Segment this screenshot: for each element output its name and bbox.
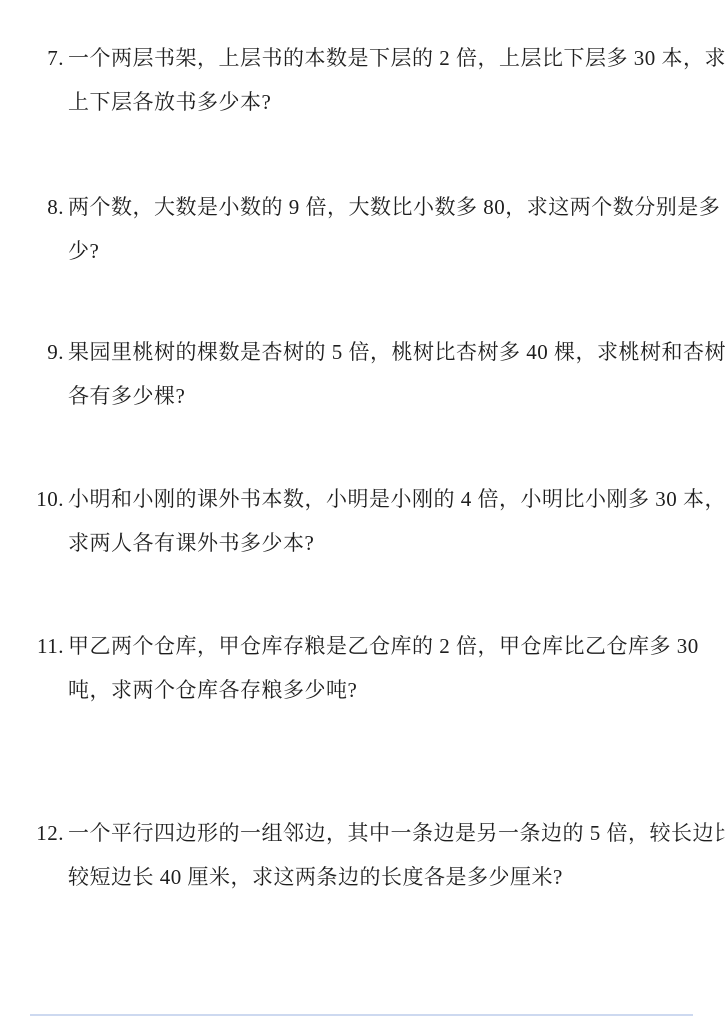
problem-10: 10. 小明和小刚的课外书本数，小明是小刚的 4 倍，小明比小刚多 30 本， … <box>36 477 696 565</box>
problem-number: 10. <box>36 477 68 565</box>
page-bottom-rule <box>30 1014 693 1016</box>
problem-line: 少? <box>68 229 696 273</box>
problem-text: 一个两层书架，上层书的本数是下层的 2 倍，上层比下层多 30 本，求 上下层各… <box>68 36 696 124</box>
problem-line: 一个平行四边形的一组邻边，其中一条边是另一条边的 5 倍，较长边比 <box>68 811 696 855</box>
problem-text: 一个平行四边形的一组邻边，其中一条边是另一条边的 5 倍，较长边比 较短边长 4… <box>68 811 696 899</box>
problem-line: 一个两层书架，上层书的本数是下层的 2 倍，上层比下层多 30 本，求 <box>68 36 696 80</box>
problem-line: 吨，求两个仓库各存粮多少吨? <box>68 668 696 712</box>
problem-line: 各有多少棵? <box>68 374 696 418</box>
problem-9: 9. 果园里桃树的棵数是杏树的 5 倍，桃树比杏树多 40 棵，求桃树和杏树 各… <box>36 330 696 418</box>
problem-line: 果园里桃树的棵数是杏树的 5 倍，桃树比杏树多 40 棵，求桃树和杏树 <box>68 330 696 374</box>
problem-line: 求两人各有课外书多少本? <box>68 521 696 565</box>
problem-line: 较短边长 40 厘米，求这两条边的长度各是多少厘米? <box>68 855 696 899</box>
worksheet-page: 7. 一个两层书架，上层书的本数是下层的 2 倍，上层比下层多 30 本，求 上… <box>0 0 725 1024</box>
problem-11: 11. 甲乙两个仓库，甲仓库存粮是乙仓库的 2 倍，甲仓库比乙仓库多 30 吨，… <box>36 624 696 712</box>
problem-line: 小明和小刚的课外书本数，小明是小刚的 4 倍，小明比小刚多 30 本， <box>68 477 696 521</box>
problem-12: 12. 一个平行四边形的一组邻边，其中一条边是另一条边的 5 倍，较长边比 较短… <box>36 811 696 899</box>
problem-number: 7. <box>36 36 68 124</box>
problem-number: 8. <box>36 185 68 273</box>
problem-7: 7. 一个两层书架，上层书的本数是下层的 2 倍，上层比下层多 30 本，求 上… <box>36 36 696 124</box>
problem-line: 上下层各放书多少本? <box>68 80 696 124</box>
problem-line: 甲乙两个仓库，甲仓库存粮是乙仓库的 2 倍，甲仓库比乙仓库多 30 <box>68 624 696 668</box>
problem-number: 9. <box>36 330 68 418</box>
problem-8: 8. 两个数，大数是小数的 9 倍，大数比小数多 80，求这两个数分别是多 少? <box>36 185 696 273</box>
problem-text: 两个数，大数是小数的 9 倍，大数比小数多 80，求这两个数分别是多 少? <box>68 185 696 273</box>
problem-number: 11. <box>36 624 68 712</box>
problem-number: 12. <box>36 811 68 899</box>
problem-line: 两个数，大数是小数的 9 倍，大数比小数多 80，求这两个数分别是多 <box>68 185 696 229</box>
problem-text: 小明和小刚的课外书本数，小明是小刚的 4 倍，小明比小刚多 30 本， 求两人各… <box>68 477 696 565</box>
problem-text: 果园里桃树的棵数是杏树的 5 倍，桃树比杏树多 40 棵，求桃树和杏树 各有多少… <box>68 330 696 418</box>
problem-text: 甲乙两个仓库，甲仓库存粮是乙仓库的 2 倍，甲仓库比乙仓库多 30 吨，求两个仓… <box>68 624 696 712</box>
